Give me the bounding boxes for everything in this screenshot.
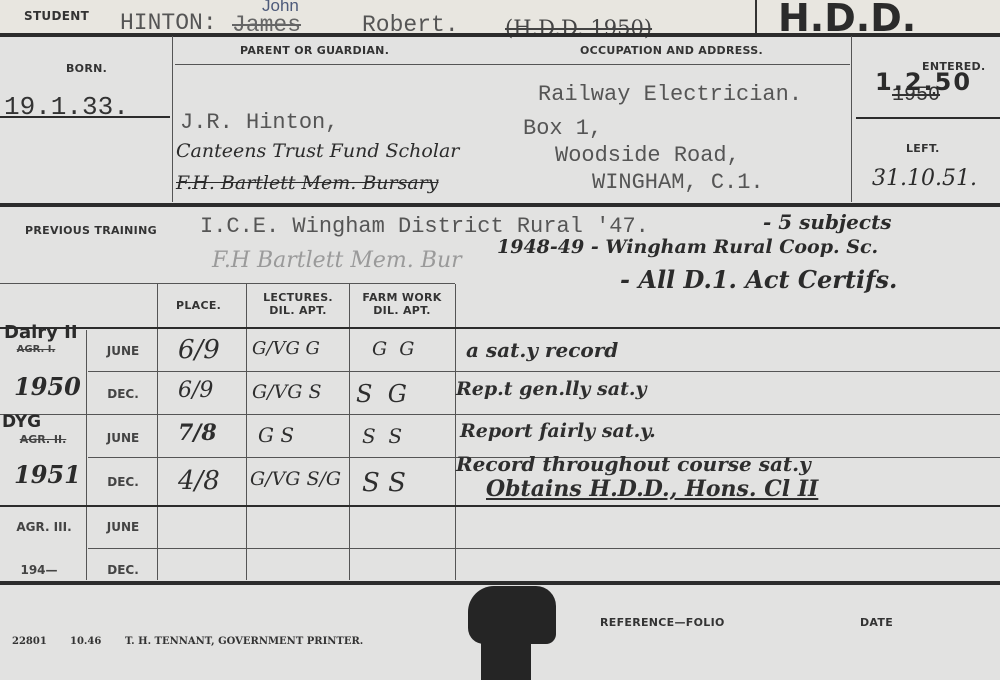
lectures-3: G S (258, 423, 294, 447)
term-5: JUNE (88, 520, 158, 534)
section-rule (0, 203, 1000, 207)
group-2-label: DYG (2, 412, 41, 432)
born-label: BORN. (66, 62, 107, 75)
row-rule-5 (88, 548, 1000, 549)
previous-training-certifs: - All D.1. Act Certifs. (620, 265, 897, 294)
born-divider (172, 36, 173, 202)
farm-2: S G (356, 380, 407, 408)
farm-work-header-line1: FARM WORK (351, 291, 453, 304)
entered-value: 1.2.50 (875, 68, 972, 96)
lectures-2: G/VG S (252, 381, 322, 403)
farm-1: G G (372, 338, 414, 360)
lectures-header: LECTURES. DIL. APT. (250, 291, 346, 317)
remarks-1: a sat.y record (466, 338, 618, 362)
occupation-value: Railway Electrician. (538, 82, 802, 107)
term-4: DEC. (88, 475, 158, 489)
entered-divider (851, 36, 852, 202)
row-rule-4 (0, 505, 1000, 507)
left-label: LEFT. (906, 142, 940, 155)
place-1: 6/9 (178, 335, 220, 365)
parent-header-rule (175, 64, 850, 65)
header-divider (755, 0, 757, 36)
student-record-card: STUDENT HINTON: James John Robert. (H.D.… (0, 0, 1000, 680)
group-2-struck-label: AGR. II. (8, 433, 78, 446)
group-1-year: 1950 (14, 372, 81, 401)
term-1: JUNE (88, 344, 158, 358)
term-col-divider (86, 330, 87, 580)
remarks-4: Record throughout course sat.y (456, 452, 811, 476)
table-top-rule (0, 283, 455, 284)
footer-rule (0, 581, 1000, 585)
print-code: 22801 (12, 636, 47, 647)
term-3: JUNE (88, 431, 158, 445)
previous-training-label: PREVIOUS TRAINING (25, 224, 157, 237)
reference-folio-label: REFERENCE—FOLIO (600, 616, 725, 629)
student-name-correction: John (262, 0, 299, 16)
previous-training-subjects: - 5 subjects (763, 210, 892, 234)
occupation-label: OCCUPATION AND ADDRESS. (580, 44, 763, 57)
student-label: STUDENT (24, 9, 89, 23)
group-2-year: 1951 (14, 460, 81, 489)
row-rule-1 (88, 371, 1000, 372)
term-2: DEC. (88, 387, 158, 401)
born-rule (0, 116, 170, 118)
group-1-label: Dairy II (4, 322, 78, 343)
previous-training-coop: 1948-49 - Wingham Rural Coop. Sc. (497, 236, 878, 258)
remarks-3: Report fairly sat.y. (460, 420, 656, 442)
date-label: DATE (860, 616, 893, 629)
group-3-year: 194— (6, 563, 72, 577)
address-line-1: Box 1, (523, 116, 602, 141)
farm-4: S S (362, 468, 406, 498)
table-header-rule (0, 327, 1000, 329)
parent-name: J.R. Hinton, (180, 110, 338, 135)
lectures-4: G/VG S/G (250, 468, 341, 490)
address-line-2: Woodside Road, (555, 143, 740, 168)
place-2: 6/9 (178, 378, 213, 403)
lectures-1: G/VG G (252, 338, 320, 359)
punch-hole-stem (481, 630, 531, 680)
remarks-2: Rep.t gen.lly sat.y (456, 378, 647, 400)
farm-work-header-line2: DIL. APT. (351, 304, 453, 317)
lectures-header-line2: DIL. APT. (250, 304, 346, 317)
print-date: 10.46 (70, 636, 101, 647)
place-header: PLACE. (176, 299, 221, 312)
place-4: 4/8 (178, 466, 220, 496)
farm-3: S S (362, 424, 402, 448)
term-6: DEC. (88, 563, 158, 577)
row-rule-2 (0, 414, 1000, 415)
group-3-label: AGR. III. (6, 520, 82, 534)
lectures-header-line1: LECTURES. (250, 291, 346, 304)
parent-note-scholarship: Canteens Trust Fund Scholar (176, 140, 459, 162)
parent-note-bursary-struck: F.H. Bartlett Mem. Bursary (176, 172, 439, 194)
place-3: 7/8 (178, 420, 217, 446)
farm-work-header: FARM WORK DIL. APT. (351, 291, 453, 317)
entered-rule (856, 117, 1000, 119)
remarks-4-result: Obtains H.D.D., Hons. Cl II (486, 476, 818, 502)
printer-imprint: T. H. TENNANT, GOVERNMENT PRINTER. (125, 636, 363, 647)
previous-training-faint-note: F.H Bartlett Mem. Bur (212, 248, 462, 273)
left-value: 31.10.51. (872, 166, 977, 191)
address-line-3: WINGHAM, C.1. (592, 170, 764, 195)
header-rule (0, 33, 1000, 37)
group-1-struck-label: AGR. I. (6, 344, 66, 355)
parent-label: PARENT OR GUARDIAN. (240, 44, 389, 57)
